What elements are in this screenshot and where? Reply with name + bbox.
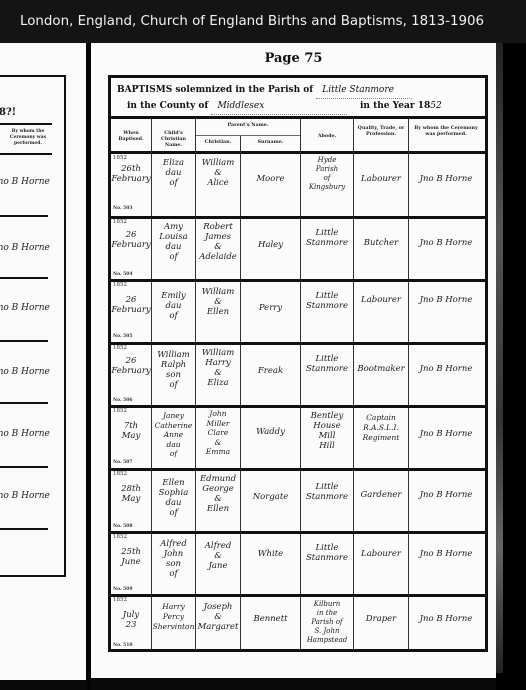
entry-surname: Freak xyxy=(241,366,300,376)
entry-officiant: Jno B Horne xyxy=(409,295,483,305)
entry-abode: Little Stanmore xyxy=(301,291,353,311)
baptism-entry[interactable]: 1852 26th February Eliza dau of William … xyxy=(111,154,485,214)
entry-child-name: Alfred John son of xyxy=(152,539,195,579)
entry-date: 26 February xyxy=(111,356,151,376)
left-year-fragment: 18?! xyxy=(0,107,16,118)
entry-date: 28th May xyxy=(111,484,151,504)
entry-abode: Bentley House Mill Hill xyxy=(301,411,353,451)
entry-date: 26 February xyxy=(111,295,151,315)
entry-child-name: Emily dau of xyxy=(152,291,195,321)
entry-child-name: Harry Percy Shervinton xyxy=(152,602,195,632)
year-label: in the Year 18 xyxy=(360,101,430,111)
parish-name: Little Stanmore xyxy=(316,83,412,99)
entry-year: 1852 xyxy=(113,282,127,288)
entry-child-name: William Ralph son of xyxy=(152,350,195,390)
col-christian: Christian. xyxy=(196,139,240,145)
entry-year: 1852 xyxy=(113,155,127,161)
entry-number: No. 510 xyxy=(113,643,133,648)
left-signature: Jno B Horne xyxy=(0,243,50,253)
county-name: Middlesex xyxy=(211,99,347,115)
entry-officiant: Jno B Horne xyxy=(409,549,483,559)
entry-parents-christian: William & Ellen xyxy=(196,287,240,317)
entry-year: 1852 xyxy=(113,219,127,225)
entry-abode: Little Stanmore xyxy=(301,228,353,248)
entry-officiant: Jno B Horne xyxy=(409,174,483,184)
entry-year: 1852 xyxy=(113,597,127,603)
entry-year: 1852 xyxy=(113,534,127,540)
entry-surname: Haley xyxy=(241,240,300,250)
entry-number: No. 509 xyxy=(113,587,133,592)
col-parents-name: Parent's Name. xyxy=(196,122,300,128)
entry-child-name: Amy Louisa dau of xyxy=(152,222,195,262)
left-register-table: 18?! By whom the Ceremony was performed.… xyxy=(0,75,66,577)
baptism-entry[interactable]: 1852 28th May Ellen Sophia dau of Edmund… xyxy=(111,470,485,530)
page-number: Page 75 xyxy=(91,51,496,66)
baptism-entry[interactable]: 1852 26 February Amy Louisa dau of Rober… xyxy=(111,218,485,278)
entry-officiant: Jno B Horne xyxy=(409,238,483,248)
left-signature: Jno B Horne xyxy=(0,429,50,439)
left-page: 18?! By whom the Ceremony was performed.… xyxy=(0,43,86,680)
entry-number: No. 508 xyxy=(113,524,133,529)
entry-abode: Kilburn in the Parish of S. John Hampste… xyxy=(301,600,353,645)
document-viewer[interactable]: 18?! By whom the Ceremony was performed.… xyxy=(0,43,526,690)
entry-quality: Draper xyxy=(354,614,408,624)
entry-quality: Captain R.A.S.L.I. Regiment xyxy=(354,413,408,443)
entry-abode: Little Stanmore xyxy=(301,543,353,563)
entry-number: No. 507 xyxy=(113,460,133,465)
baptism-entry[interactable]: 1852 July 23 Harry Percy Shervinton Jose… xyxy=(111,596,485,650)
entry-date: 7th May xyxy=(111,421,151,441)
entry-year: 1852 xyxy=(113,345,127,351)
col-quality: Quality, Trade, or Profession. xyxy=(354,125,408,137)
col-abode: Abode. xyxy=(301,133,353,139)
baptism-entry[interactable]: 1852 25th June Alfred John son of Alfred… xyxy=(111,533,485,593)
header-line2-label: in the County of xyxy=(127,101,208,111)
entry-abode: Hyde Parish of Kingsbury xyxy=(301,156,353,192)
entry-quality: Labourer xyxy=(354,549,408,559)
baptism-register-table: BAPTISMS solemnized in the Parish of Lit… xyxy=(108,75,488,652)
entry-parents-christian: William Harry & Eliza xyxy=(196,348,240,388)
left-signature: Jno B Horne xyxy=(0,367,50,377)
entry-officiant: Jno B Horne xyxy=(409,429,483,439)
entry-date: 25th June xyxy=(111,547,151,567)
entry-surname: Waddy xyxy=(241,427,300,437)
register-header: BAPTISMS solemnized in the Parish of Lit… xyxy=(117,83,477,115)
left-column-header: By whom the Ceremony was performed. xyxy=(0,129,56,147)
left-signature: Jno B Horne xyxy=(0,491,50,501)
entry-child-name: Ellen Sophia dau of xyxy=(152,478,195,518)
entry-quality: Butcher xyxy=(354,238,408,248)
entry-parents-christian: Joseph & Margaret xyxy=(196,602,240,632)
entry-officiant: Jno B Horne xyxy=(409,364,483,374)
entry-parents-christian: Alfred & Jane xyxy=(196,541,240,571)
baptism-entry[interactable]: 1852 7th May Janey Catherine Anne dau of… xyxy=(111,407,485,467)
entry-child-name: Janey Catherine Anne dau of xyxy=(152,411,195,459)
left-signature: Jno B Horne xyxy=(0,177,50,187)
entry-number: No. 506 xyxy=(113,398,133,403)
entry-child-name: Eliza dau of xyxy=(152,158,195,188)
book-edge xyxy=(496,43,526,690)
entry-quality: Gardener xyxy=(354,490,408,500)
entry-parents-christian: William & Alice xyxy=(196,158,240,188)
entry-quality: Labourer xyxy=(354,174,408,184)
entry-date: 26th February xyxy=(111,164,151,184)
entry-abode: Little Stanmore xyxy=(301,482,353,502)
entry-abode: Little Stanmore xyxy=(301,354,353,374)
entry-quality: Bootmaker xyxy=(354,364,408,374)
entry-officiant: Jno B Horne xyxy=(409,614,483,624)
entry-surname: Perry xyxy=(241,303,300,313)
col-by-whom: By whom the Ceremony was performed. xyxy=(409,125,483,137)
entry-surname: White xyxy=(241,549,300,559)
entry-date: 26 February xyxy=(111,230,151,250)
col-surname: Surname. xyxy=(241,139,300,145)
entry-officiant: Jno B Horne xyxy=(409,490,483,500)
entry-parents-christian: Robert James & Adelaide xyxy=(196,222,240,262)
left-signature: Jno B Horne xyxy=(0,303,50,313)
entry-number: No. 505 xyxy=(113,334,133,339)
entry-parents-christian: John Miller Clare & Emma xyxy=(196,409,240,457)
baptism-entry[interactable]: 1852 26 February William Ralph son of Wi… xyxy=(111,344,485,404)
entry-year: 1852 xyxy=(113,471,127,477)
col-child-name: Child's Christian Name. xyxy=(152,130,195,148)
entry-surname: Norgate xyxy=(241,492,300,502)
entry-surname: Bennett xyxy=(241,614,300,624)
year-value: 52 xyxy=(430,101,441,111)
entry-surname: Moore xyxy=(241,174,300,184)
entry-number: No. 503 xyxy=(113,206,133,211)
entry-number: No. 504 xyxy=(113,272,133,277)
col-when-baptised: When Baptised. xyxy=(111,130,151,142)
header-line1-label: BAPTISMS solemnized in the Parish of xyxy=(117,85,313,95)
entry-parents-christian: Edmund George & Ellen xyxy=(196,474,240,514)
baptism-entry[interactable]: 1852 26 February Emily dau of William & … xyxy=(111,281,485,341)
register-page: Page 75 BAPTISMS solemnized in the Paris… xyxy=(91,43,496,678)
entry-year: 1852 xyxy=(113,408,127,414)
entry-date: July 23 xyxy=(111,610,151,630)
entry-quality: Labourer xyxy=(354,295,408,305)
window-title: London, England, Church of England Birth… xyxy=(0,0,526,43)
